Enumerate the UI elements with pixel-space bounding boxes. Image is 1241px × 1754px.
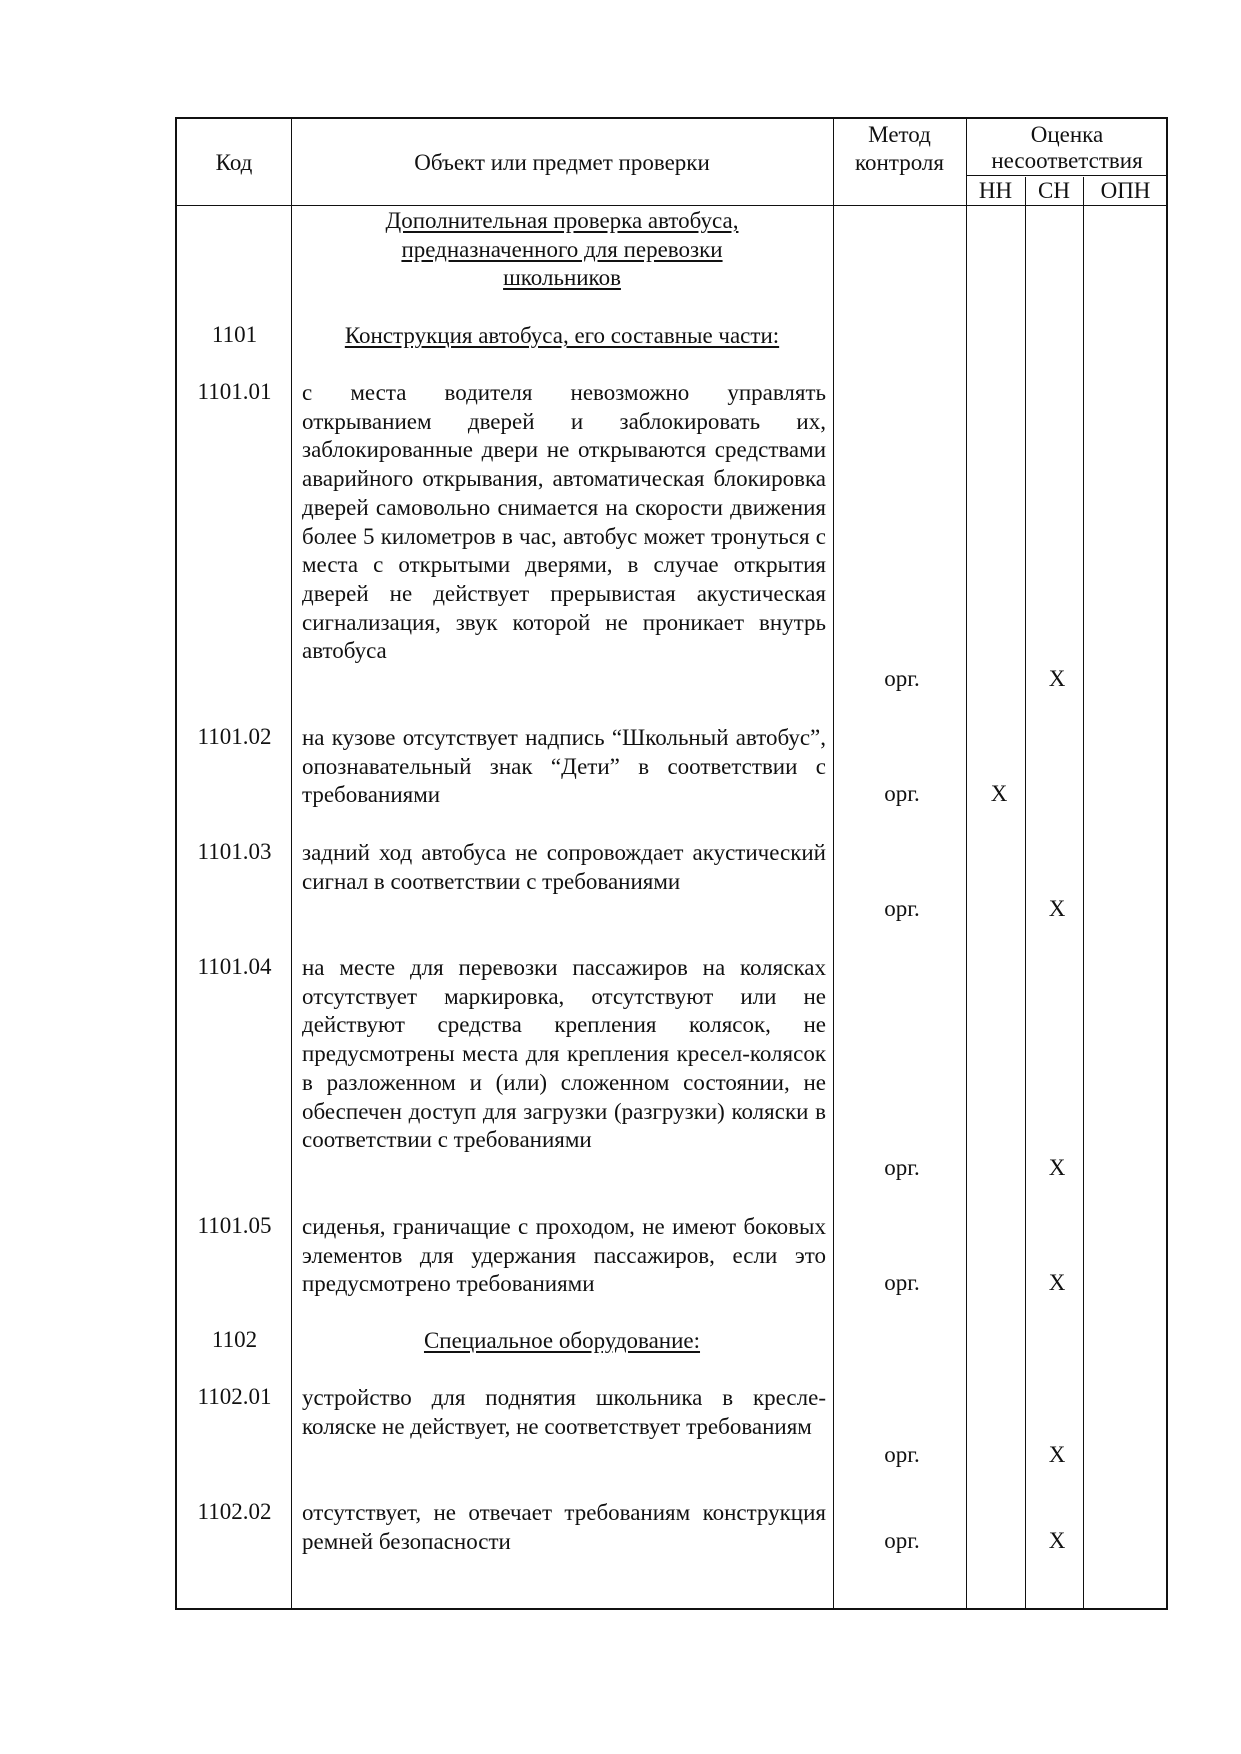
header-code: Код <box>177 149 291 178</box>
row-heading: Конструкция автобуса, его составные част… <box>291 322 833 351</box>
row-mark-nn: X <box>970 781 1028 807</box>
header-nn: НН <box>966 177 1025 206</box>
row-mark-sn: X <box>1028 1528 1086 1554</box>
column-divider <box>966 119 967 1608</box>
row-mark-sn: X <box>1028 1155 1086 1181</box>
row-code: 1101.01 <box>177 379 292 405</box>
section-title: Дополнительная проверка автобуса, предна… <box>291 207 833 293</box>
row-mark-sn: X <box>1028 896 1086 922</box>
header-assessment-line2: несоответствия <box>966 147 1168 176</box>
row-method: орг. <box>837 666 967 692</box>
row-description: отсутствует, не отвечает требованиям кон… <box>302 1499 826 1556</box>
column-divider <box>833 119 834 1608</box>
row-description: с места водителя невозможно управлять от… <box>302 379 826 666</box>
row-code: 1101.04 <box>177 954 292 980</box>
row-code: 1101.02 <box>177 724 292 750</box>
row-description: задний ход автобуса не сопровождает акус… <box>302 839 826 896</box>
header-subject: Объект или предмет проверки <box>291 149 833 178</box>
row-code: 1102 <box>177 1327 292 1353</box>
row-mark-sn: X <box>1028 666 1086 692</box>
row-description: на кузове отсутствует надпись “Школьный … <box>302 724 826 810</box>
column-divider <box>1025 207 1026 1608</box>
row-code: 1101.05 <box>177 1213 292 1239</box>
row-code: 1101.03 <box>177 839 292 865</box>
header-opn: ОПН <box>1083 177 1168 206</box>
row-method: орг. <box>837 1270 967 1296</box>
row-method: орг. <box>837 1528 967 1554</box>
header-assessment-line1: Оценка <box>966 121 1168 150</box>
row-description: сиденья, граничащие с проходом, не имеют… <box>302 1213 826 1299</box>
row-method: орг. <box>837 781 967 807</box>
section-title-line: школьников <box>291 264 833 293</box>
header-method-line1: Метод <box>833 121 966 150</box>
row-method: орг. <box>837 1442 967 1468</box>
row-description: устройство для поднятия школьника в крес… <box>302 1384 826 1441</box>
row-mark-sn: X <box>1028 1442 1086 1468</box>
row-description: на месте для перевозки пассажиров на кол… <box>302 954 826 1155</box>
section-title-line: предназначенного для перевозки <box>291 236 833 265</box>
row-code: 1102.01 <box>177 1384 292 1410</box>
row-mark-sn: X <box>1028 1270 1086 1296</box>
inspection-table: Код Объект или предмет проверки Метод ко… <box>175 117 1168 1610</box>
row-code: 1101 <box>177 322 292 348</box>
row-method: орг. <box>837 1155 967 1181</box>
header-sn: СН <box>1025 177 1083 206</box>
row-code: 1102.02 <box>177 1499 292 1525</box>
header-method-line2: контроля <box>833 149 966 178</box>
row-heading: Специальное оборудование: <box>291 1327 833 1356</box>
row-method: орг. <box>837 896 967 922</box>
section-title-line: Дополнительная проверка автобуса, <box>291 207 833 236</box>
